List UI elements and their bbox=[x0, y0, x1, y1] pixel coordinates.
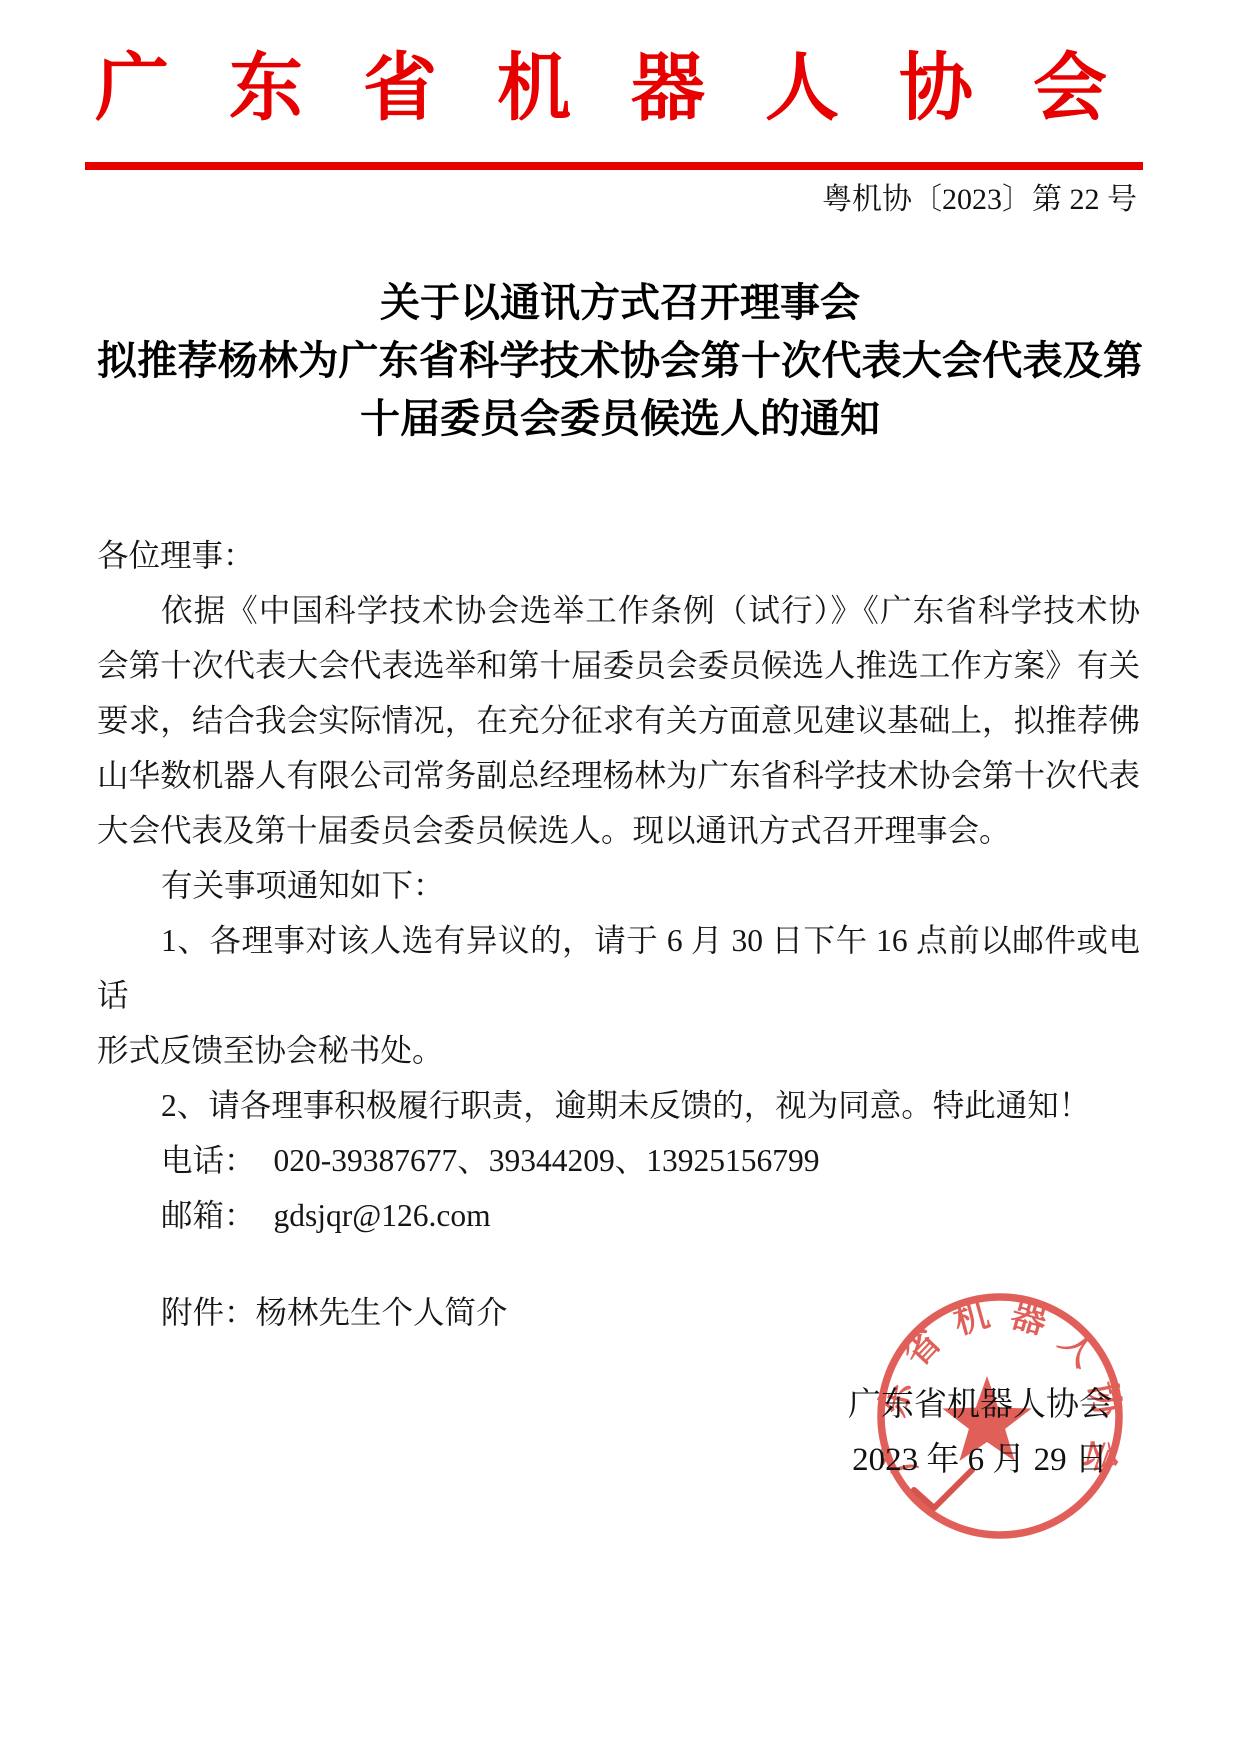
org-name-heading: 广东省机器人协会 bbox=[22, 46, 1240, 132]
paragraph1-line: 大会代表及第十届委员会委员候选人。现以通讯方式召开理事会。 bbox=[97, 803, 1140, 858]
signature-block: 广东省机器人协会 2023 年 6 月 29 日 bbox=[760, 1378, 1200, 1488]
paragraph1-line: 山华数机器人有限公司常务副总经理杨林为广东省科学技术协会第十次代表 bbox=[97, 748, 1140, 803]
phone-label: 电话： bbox=[161, 1143, 256, 1178]
paragraph1-line: 会第十次代表大会代表选举和第十届委员会委员候选人推选工作方案》有关 bbox=[97, 638, 1140, 693]
phone-numbers: 020-39387677、39344209、13925156799 bbox=[274, 1143, 820, 1178]
document-number: 粤机协〔2023〕第 22 号 bbox=[0, 180, 1240, 220]
salutation: 各位理事： bbox=[97, 528, 1140, 583]
document-title-line2: 拟推荐杨林为广东省科学技术协会第十次代表大会代表及第 bbox=[97, 332, 1143, 390]
phone-line: 电话：020-39387677、39344209、13925156799 bbox=[97, 1133, 1140, 1188]
notice-intro: 有关事项通知如下： bbox=[97, 858, 1140, 913]
paragraph1-line: 要求，结合我会实际情况，在充分征求有关方面意见建议基础上，拟推荐佛 bbox=[97, 693, 1140, 748]
red-divider-rule bbox=[85, 162, 1143, 170]
document-title: 关于以通讯方式召开理事会 拟推荐杨林为广东省科学技术协会第十次代表大会代表及第 … bbox=[97, 274, 1143, 448]
signature-date: 2023 年 6 月 29 日 bbox=[760, 1433, 1200, 1488]
signature-org: 广东省机器人协会 bbox=[760, 1378, 1200, 1433]
item1-line: 1、各理事对该人选有异议的，请于 6 月 30 日下午 16 点前以邮件或电话 bbox=[97, 913, 1140, 1023]
email-address: gdsjqr@126.com bbox=[274, 1198, 491, 1233]
paragraph1-line: 依据《中国科学技术协会选举工作条例（试行）》《广东省科学技术协 bbox=[97, 583, 1140, 638]
item1-line: 形式反馈至协会秘书处。 bbox=[97, 1023, 1140, 1078]
letterhead: 广东省机器人协会 粤机协〔2023〕第 22 号 bbox=[0, 0, 1240, 220]
item2-line: 2、请各理事积极履行职责，逾期未反馈的，视为同意。特此通知！ bbox=[97, 1078, 1140, 1133]
document-title-line1: 关于以通讯方式召开理事会 bbox=[97, 274, 1143, 332]
email-label: 邮箱： bbox=[161, 1198, 256, 1233]
document-title-line3: 十届委员会委员候选人的通知 bbox=[97, 390, 1143, 448]
email-line: 邮箱：gdsjqr@126.com bbox=[97, 1188, 1140, 1243]
document-body: 各位理事： 依据《中国科学技术协会选举工作条例（试行）》《广东省科学技术协 会第… bbox=[0, 528, 1140, 1340]
